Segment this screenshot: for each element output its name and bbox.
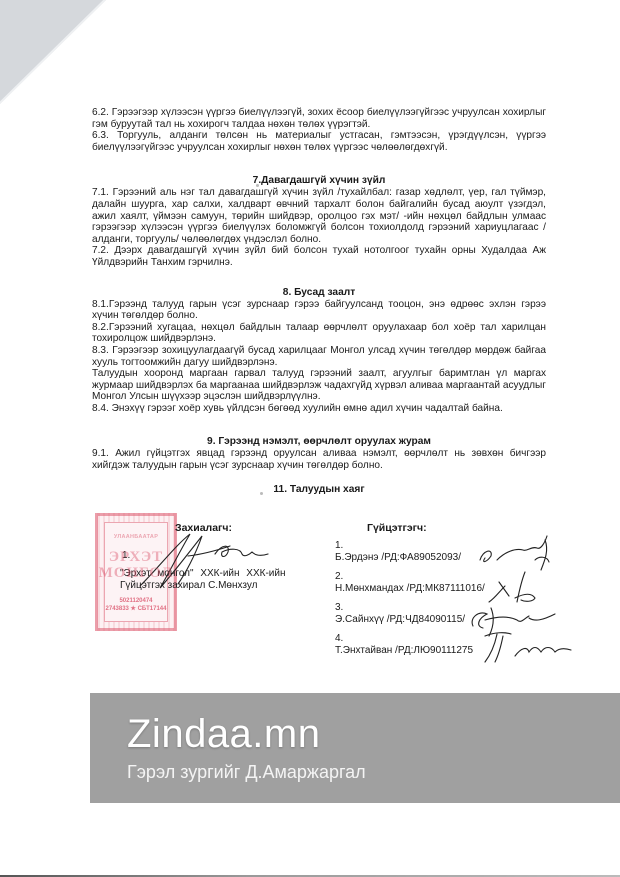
clause-8-2: 8.2.Гэрээний хугацаа, нөхцөл байдлын тал… [92, 322, 546, 345]
contract-body: 6.2. Гэрээгээр хүлээсэн үүргээ биелүүлээ… [92, 107, 546, 496]
clause-6-2: 6.2. Гэрээгээр хүлээсэн үүргээ биелүүлээ… [92, 107, 546, 130]
contractor-signature-1 [475, 530, 565, 575]
contractor-name: Б.Эрдэнэ /РД:ФА89052093/ [335, 552, 461, 564]
contractor-signature-3 [465, 600, 565, 638]
section-9-heading: 9. Гэрээнд нэмэлт, өөрчлөлт оруулах жура… [92, 436, 546, 448]
contractor-name: Э.Сайнхүү /РД:ЧД84090115/ [335, 614, 465, 626]
section-8: 8. Бусад заалт 8.1.Гэрээнд талууд гарын … [92, 287, 546, 415]
contractor-number: 1. [335, 540, 461, 552]
section-7-heading: 7.Давагдашгүй хүчин зүйл [92, 175, 546, 187]
contractor-signature-2 [485, 568, 555, 606]
parties-signatures: УЛААНБААТАР ЭРХЭТ МОНГОЛ 5021120474 2743… [92, 520, 562, 680]
contractor-entry: 3. Э.Сайнхүү /РД:ЧД84090115/ [335, 602, 465, 625]
company-stamp: УЛААНБААТАР ЭРХЭТ МОНГОЛ 5021120474 2743… [95, 513, 177, 631]
section-7: 7.Давагдашгүй хүчин зүйл 7.1. Гэрээний а… [92, 175, 546, 268]
section-8-heading: 8. Бусад заалт [92, 287, 546, 299]
scan-speck [260, 492, 263, 495]
clause-8-3: 8.3. Гэрээгээр зохицуулагдаагүй бусад ха… [92, 345, 546, 368]
clause-8-1: 8.1.Гэрээнд талууд гарын үсэг зурснаар г… [92, 299, 546, 322]
stamp-name-2: МОНГОЛ [98, 568, 174, 580]
contractor-number: 3. [335, 602, 465, 614]
clause-6-3: 6.3. Торгууль, алданги төлсөн нь материа… [92, 130, 546, 153]
section-6: 6.2. Гэрээгээр хүлээсэн үүргээ биелүүлээ… [92, 107, 546, 153]
scan-speck [256, 184, 259, 187]
client-director: Гүйцэтгэх захирал С.Мөнхзул [120, 580, 257, 592]
contractor-entry: 4. Т.Энхтайван /РД:ЛЮ90111275 [335, 633, 473, 656]
contractor-number: 2. [335, 571, 485, 583]
contractor-number: 4. [335, 633, 473, 645]
section-9: 9. Гэрээнд нэмэлт, өөрчлөлт оруулах жура… [92, 436, 546, 471]
watermark-photo-credit: Гэрэл зургийг Д.Амаржаргал [127, 761, 366, 783]
stamp-name-1: ЭРХЭТ [98, 552, 174, 564]
contractor-signature-4 [475, 628, 575, 664]
contractor-heading: Гүйцэтгэгч: [367, 523, 427, 535]
client-heading: Захиалагч: [175, 523, 232, 535]
contractor-entry: 1. Б.Эрдэнэ /РД:ФА89052093/ [335, 540, 461, 563]
watermark-banner: Zindaa.mn Гэрэл зургийг Д.Амаржаргал [90, 693, 620, 803]
contractor-name: Н.Мөнхмандах /РД:МК87111016/ [335, 583, 485, 595]
contractor-entry: 2. Н.Мөнхмандах /РД:МК87111016/ [335, 571, 485, 594]
clause-8-3-dispute: Талуудын хооронд маргаан гарвал талууд г… [92, 368, 546, 403]
section-11-heading: 11. Талуудын хаяг [92, 484, 546, 496]
watermark-brand: Zindaa.mn [127, 711, 320, 757]
stamp-reg-2: 2743833 ★ СБТ17144 [98, 604, 174, 616]
clause-9-1: 9.1. Ажил гүйцэтгэх явцад гэрээнд оруулс… [92, 448, 546, 471]
clause-8-4: 8.4. Энэхүү гэрээг хоёр хувь үйлдсэн бөг… [92, 403, 546, 415]
clause-7-2: 7.2. Дээрх давагдашгүй хүчин зүйл бий бо… [92, 245, 546, 268]
contractor-name: Т.Энхтайван /РД:ЛЮ90111275 [335, 645, 473, 657]
clause-7-1: 7.1. Гэрээний аль нэг тал давагдашгүй хү… [92, 187, 546, 245]
stamp-city: УЛААНБААТАР [98, 532, 174, 544]
